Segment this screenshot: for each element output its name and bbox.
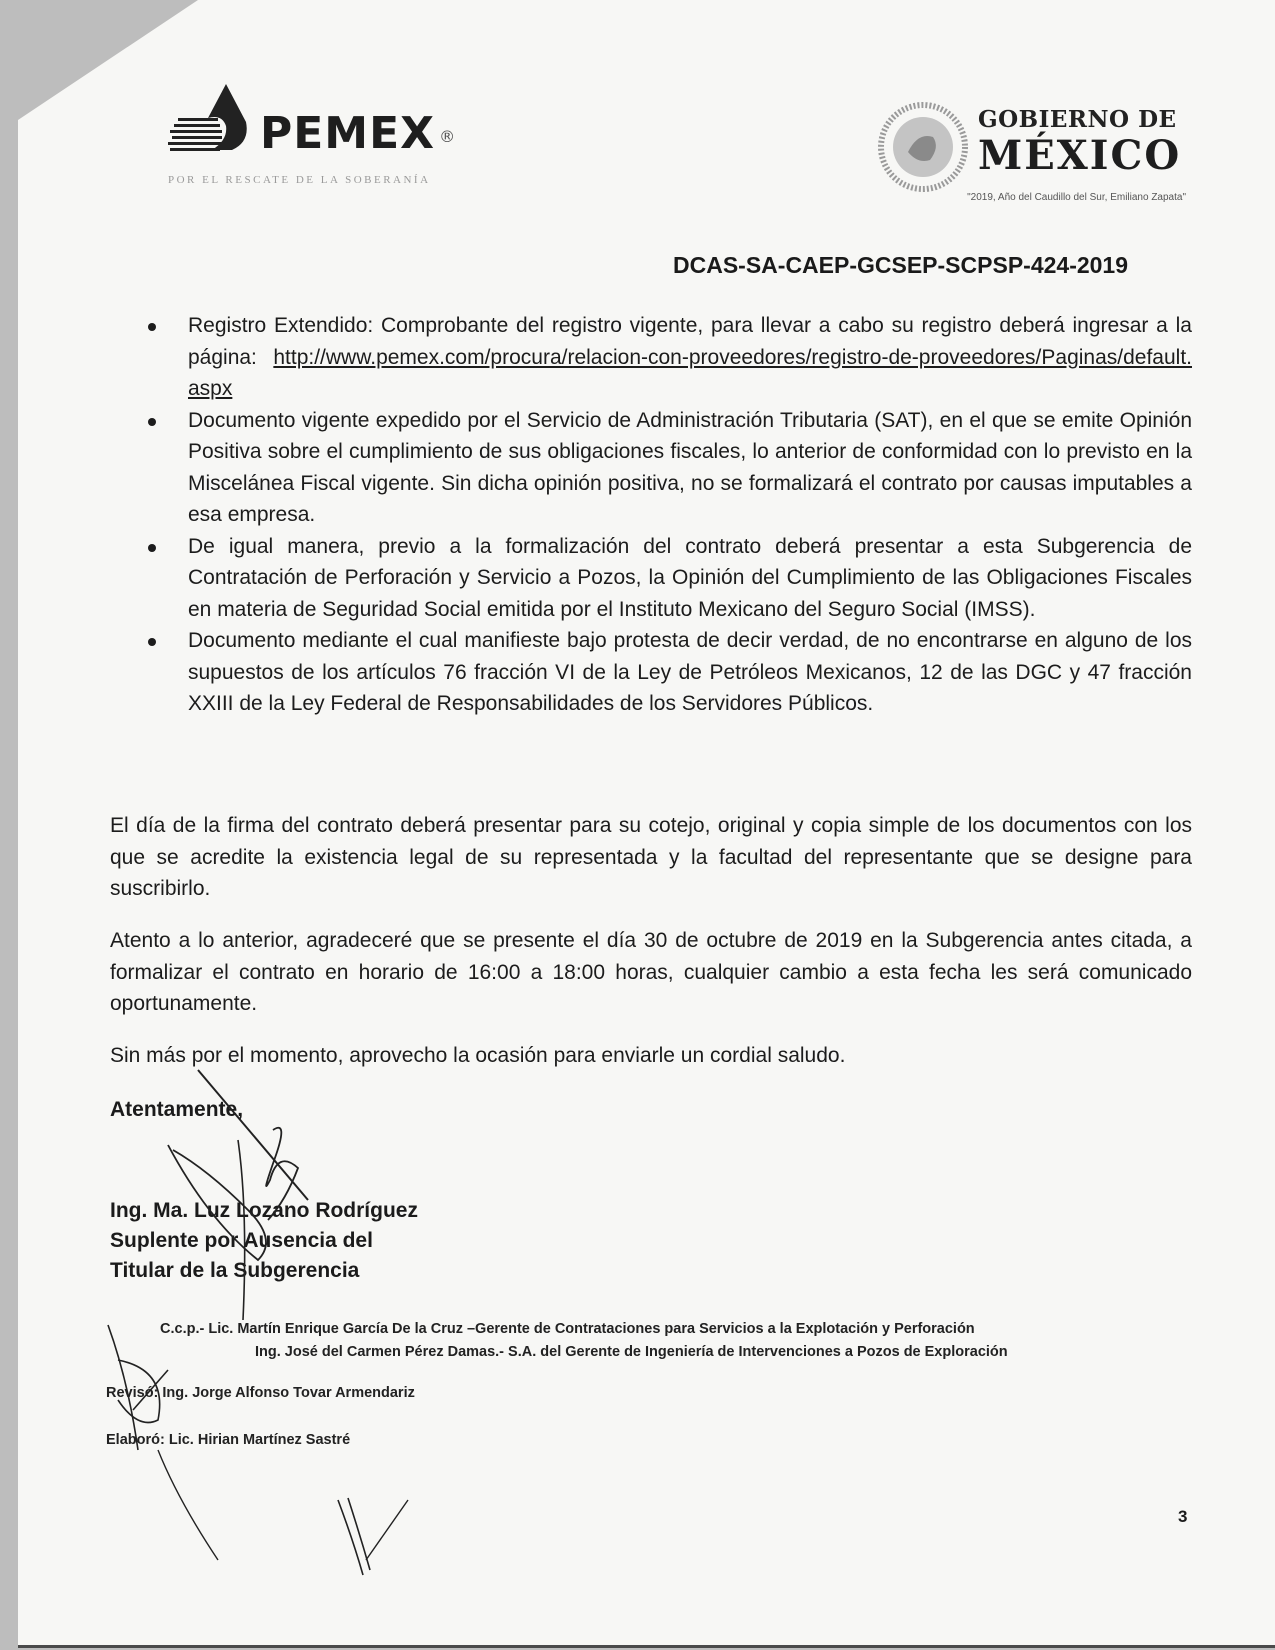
closing: Atentamente, (110, 1098, 243, 1122)
paragraph-saludo: Sin más por el momento, aprovecho la oca… (110, 1040, 1192, 1072)
document-reference: DCAS-SA-CAEP-GCSEP-SCPSP-424-2019 (673, 252, 1128, 279)
list-item: De igual manera, previo a la formalizaci… (110, 531, 1192, 626)
registro-proveedores-link[interactable]: http://www.pemex.com/procura/relacion-co… (188, 346, 1192, 401)
signature-elaboro-icon (138, 1440, 438, 1580)
pemex-tagline: POR EL RESCATE DE LA SOBERANÍA (168, 174, 431, 186)
reviso-line: Revisó: Ing. Jorge Alfonso Tovar Armenda… (106, 1385, 415, 1401)
elaboro-line: Elaboró: Lic. Hirian Martínez Sastré (106, 1432, 350, 1448)
list-item: Documento mediante el cual manifieste ba… (110, 625, 1192, 720)
pemex-logo: PEMEX® POR EL RESCATE DE LA SOBERANÍA (168, 82, 458, 192)
signer-title-line2: Titular de la Subgerencia (110, 1256, 418, 1286)
signer-block: Ing. Ma. Luz Lozano Rodríguez Suplente p… (110, 1196, 418, 1286)
paragraph-firma: El día de la firma del contrato deberá p… (110, 810, 1192, 905)
requirements-list: Registro Extendido: Comprobante del regi… (110, 310, 1192, 720)
paragraph-fecha: Atento a lo anterior, agradeceré que se … (110, 925, 1192, 1020)
list-item: Registro Extendido: Comprobante del regi… (110, 310, 1192, 405)
pemex-wordmark: PEMEX® (260, 108, 456, 159)
gobierno-line1: GOBIERNO DE (978, 106, 1177, 133)
mexico-seal-icon (878, 102, 968, 192)
ccp-block: C.c.p.- Lic. Martín Enrique García De la… (160, 1318, 1008, 1364)
signer-title-line1: Suplente por Ausencia del (110, 1226, 418, 1256)
list-item: Documento vigente expedido por el Servic… (110, 405, 1192, 531)
ccp-line1: C.c.p.- Lic. Martín Enrique García De la… (160, 1318, 1008, 1341)
gobierno-line2: MÉXICO (978, 132, 1181, 179)
registered-mark: ® (439, 127, 456, 146)
signer-name: Ing. Ma. Luz Lozano Rodríguez (110, 1196, 418, 1226)
document-page: PEMEX® POR EL RESCATE DE LA SOBERANÍA GO… (18, 0, 1275, 1648)
ccp-line2: Ing. José del Carmen Pérez Damas.- S.A. … (160, 1341, 1008, 1364)
pemex-eagle-icon (168, 82, 268, 157)
page-number: 3 (1178, 1507, 1187, 1527)
gobierno-motto: "2019, Año del Caudillo del Sur, Emilian… (878, 192, 1186, 203)
gobierno-logo: GOBIERNO DE MÉXICO "2019, Año del Caudil… (878, 88, 1188, 208)
